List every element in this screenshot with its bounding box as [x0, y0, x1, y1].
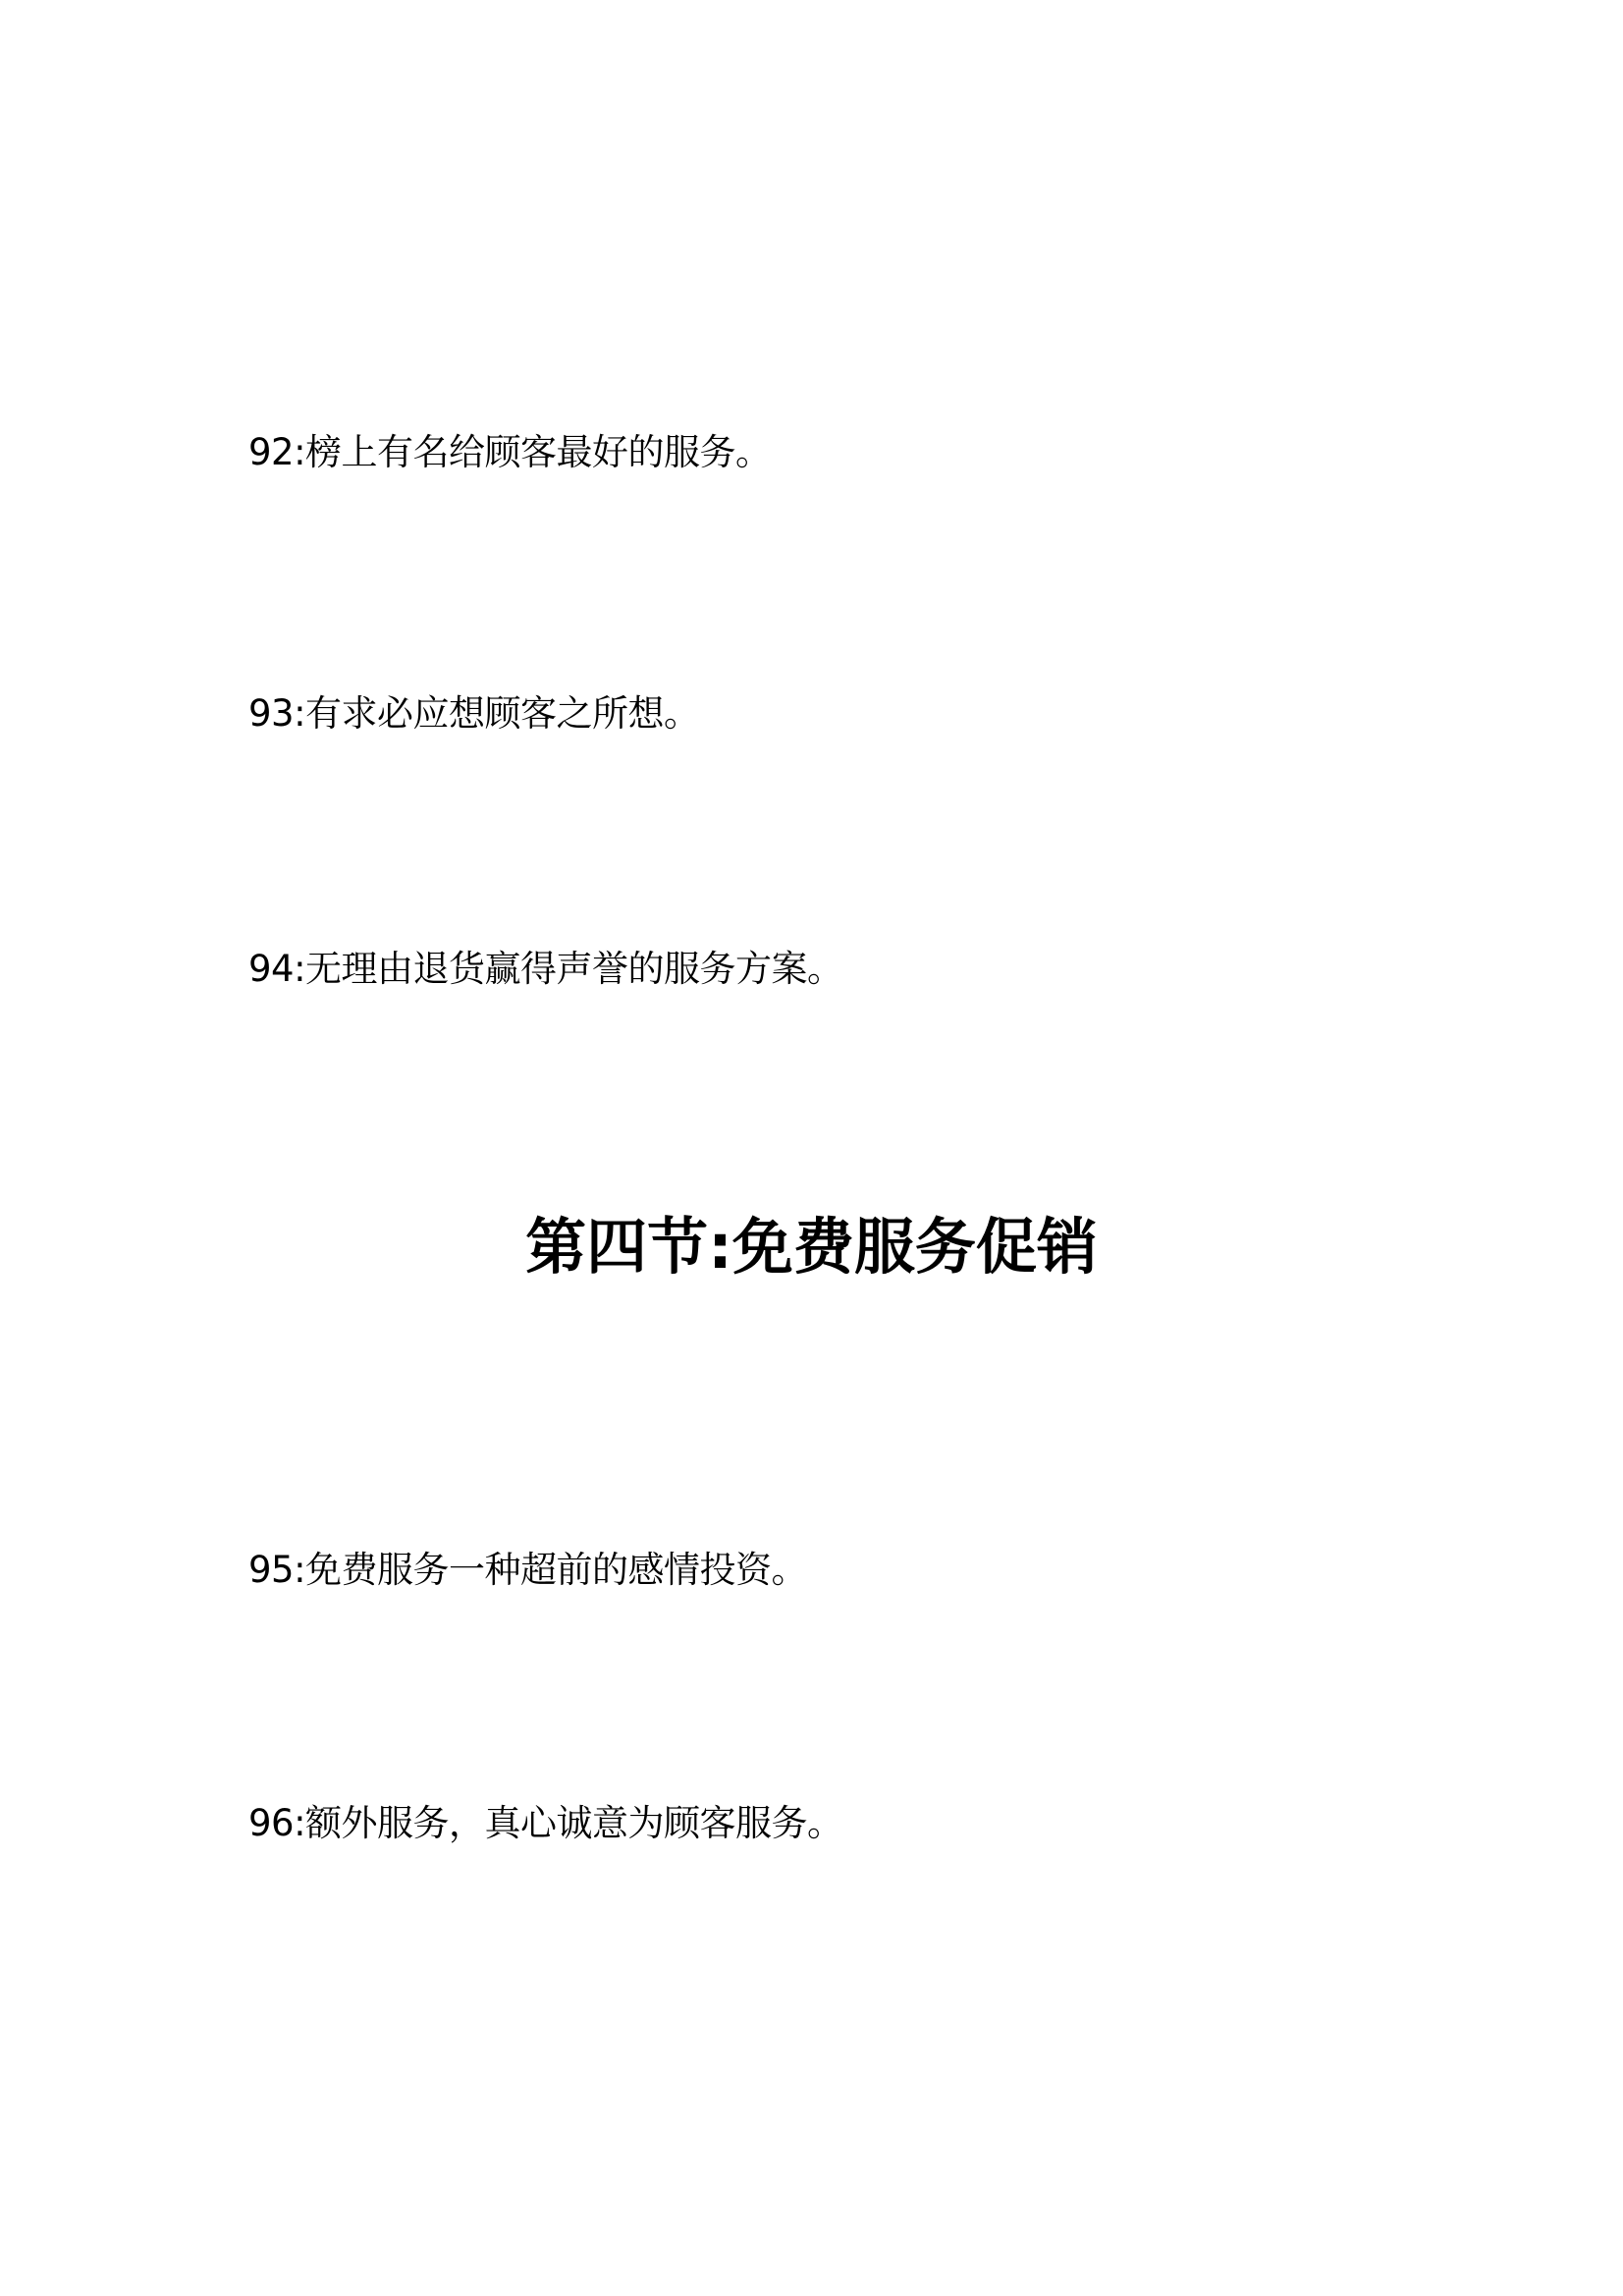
list-item-96: 96:额外服务，真心诚意为顾客服务。: [248, 1799, 843, 1848]
section-heading: 第四节:免费服务促销: [0, 1208, 1623, 1286]
list-item-95: 95:免费服务一种超前的感情投资。: [248, 1546, 807, 1595]
list-item-92: 92:榜上有名给顾客最好的服务。: [248, 428, 772, 477]
list-item-93: 93:有求必应想顾客之所想。: [248, 689, 700, 738]
list-item-94: 94:无理由退货赢得声誉的服务方案。: [248, 945, 843, 994]
